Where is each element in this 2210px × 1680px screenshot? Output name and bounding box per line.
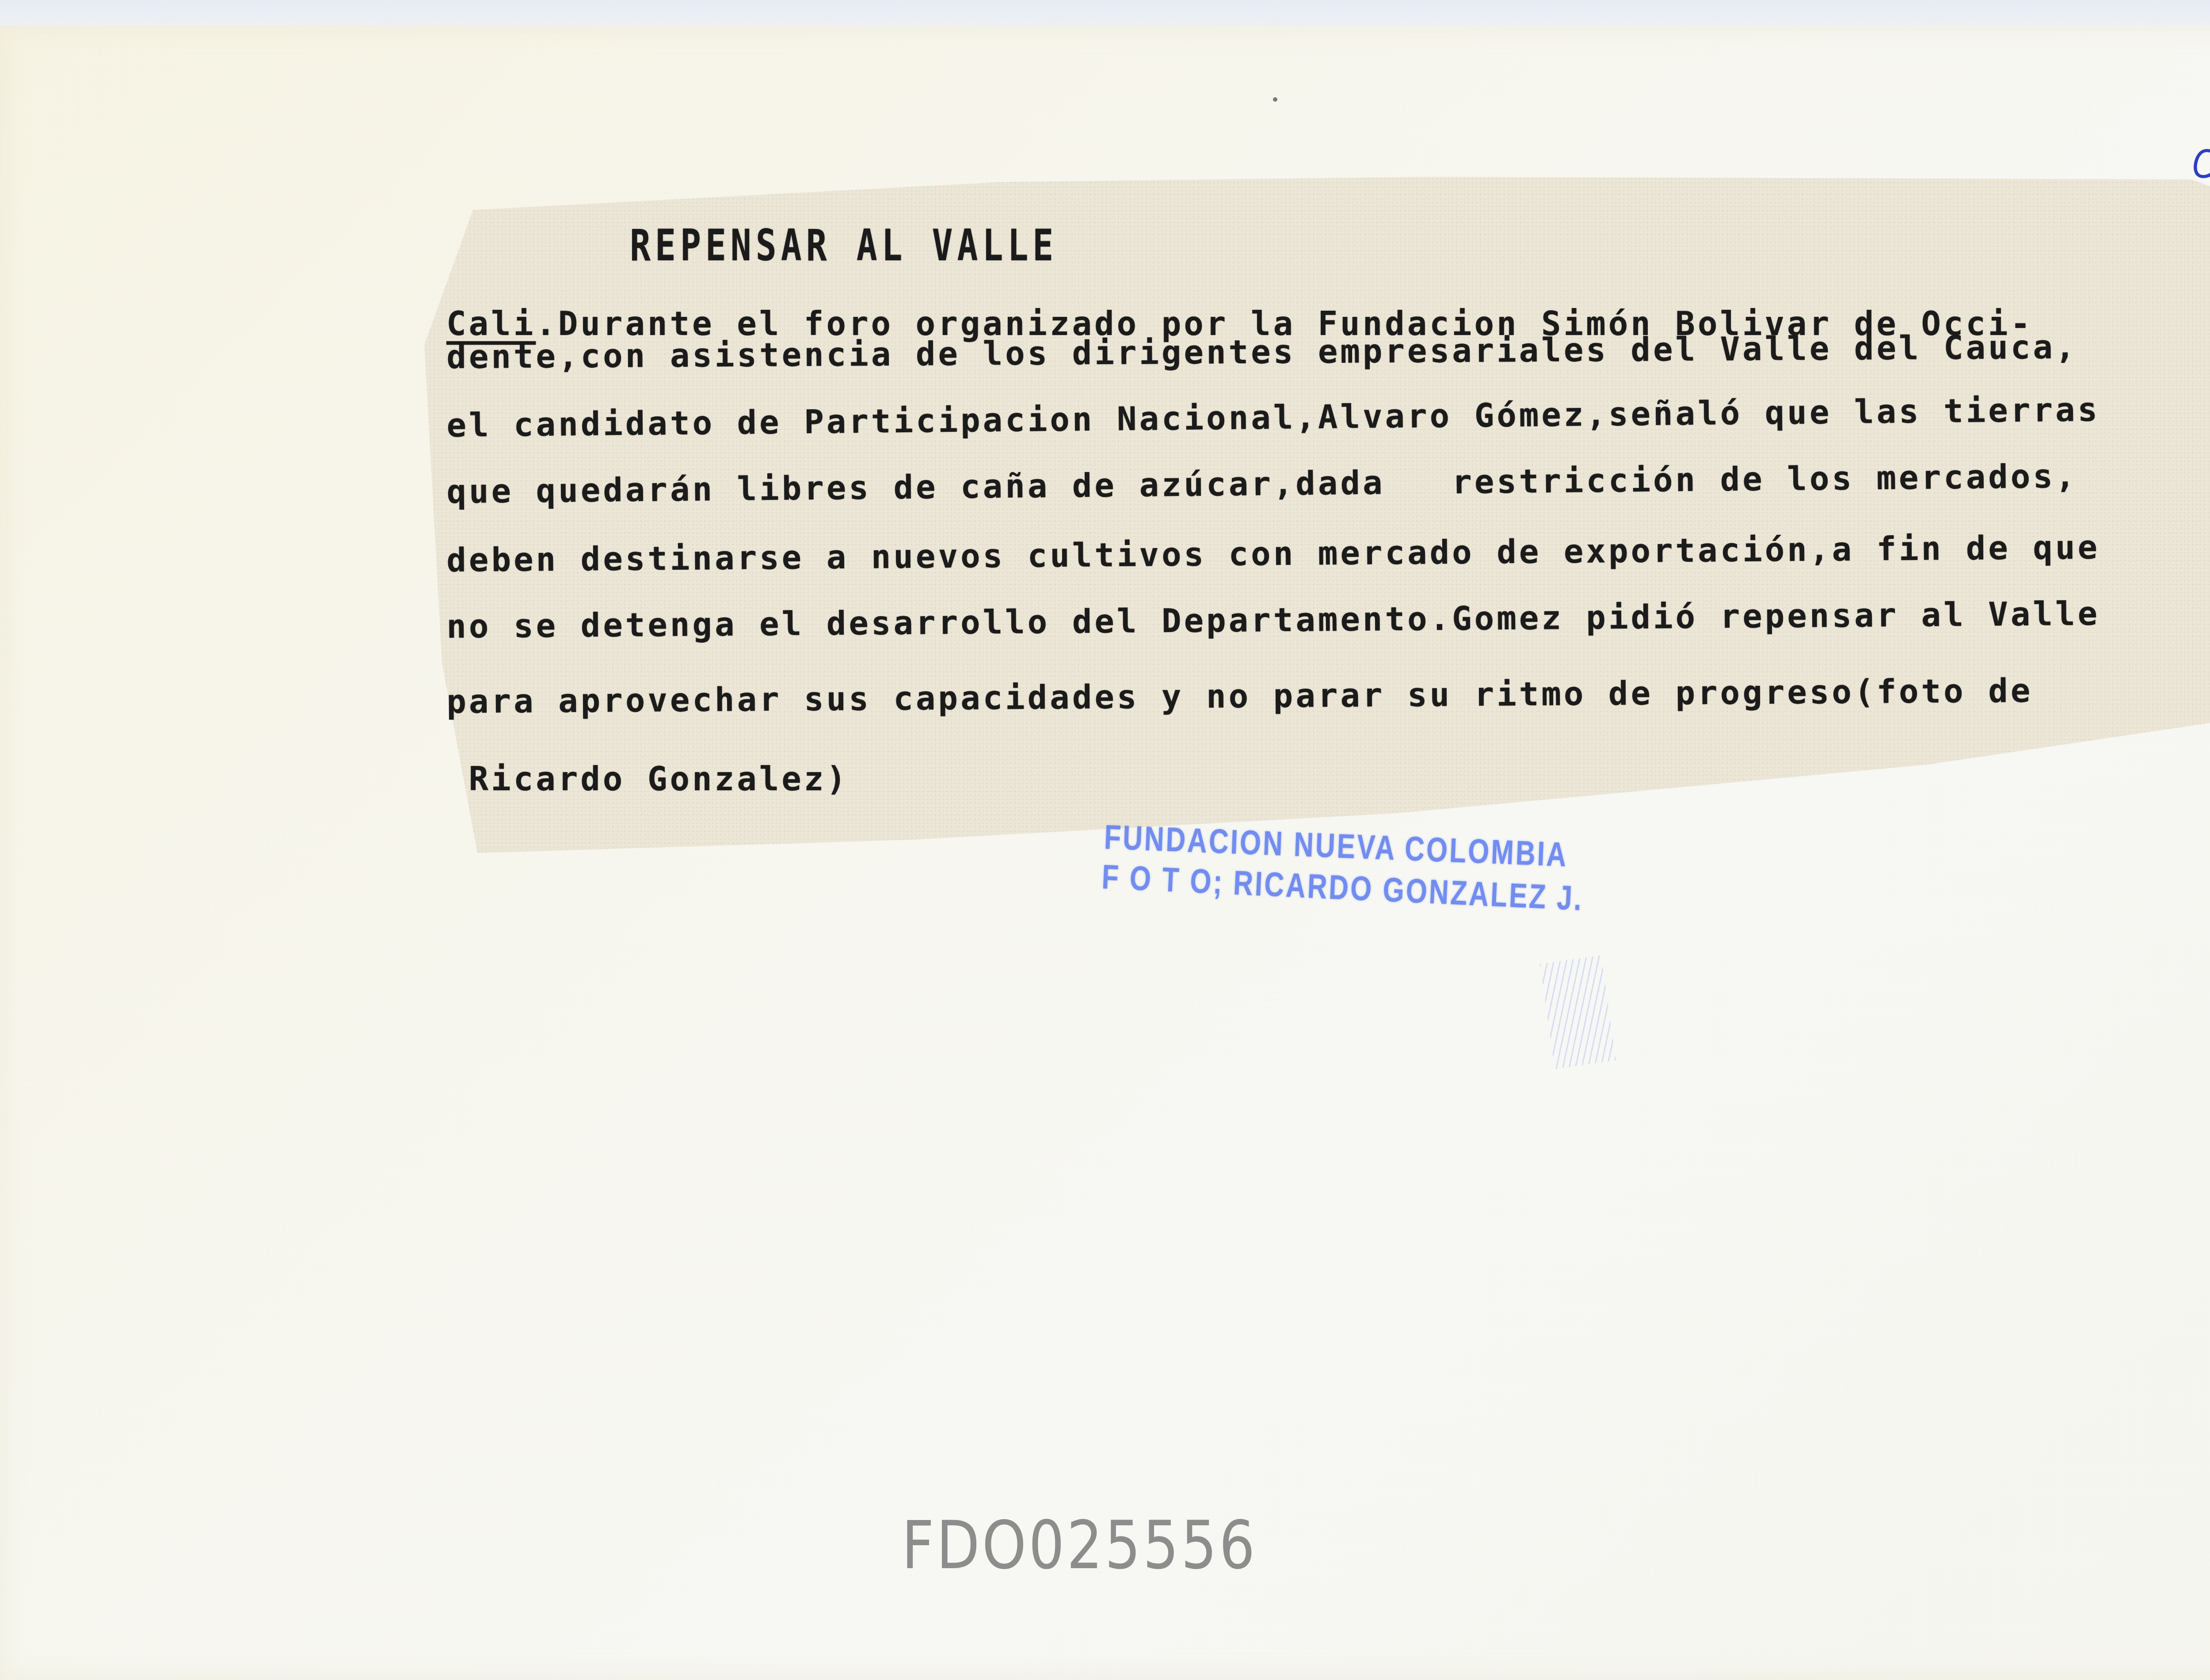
newspaper-clipping [424, 177, 2210, 853]
clipping-line-8: Ricardo Gonzalez) [446, 760, 849, 798]
pencil-reference-code: FDO025556 [902, 1507, 1257, 1584]
clipping-headline: REPENSAR AL VALLE [630, 221, 1058, 271]
scanned-photo-back: 286.10 6633 9 CAMPAÑAS (85) REPENSAR AL … [0, 0, 2210, 1680]
category-label: CAMPAÑAS (85) [2192, 141, 2210, 187]
dust-speck [1273, 97, 1277, 102]
